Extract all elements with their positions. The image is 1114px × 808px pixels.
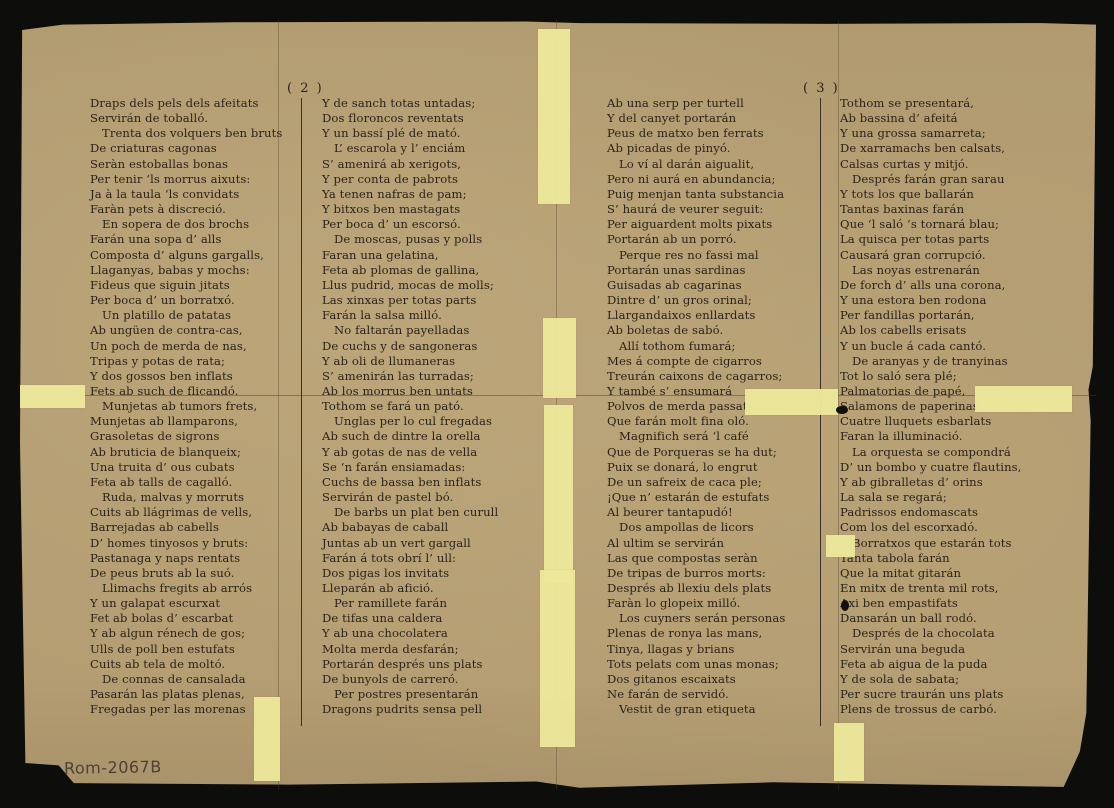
verse-line: Que la mitat gitarán	[840, 566, 1021, 581]
tape-strip	[834, 723, 864, 781]
verse-line: Ab los cabells erisats	[840, 323, 1021, 338]
verse-line: De forch d’ alls una corona,	[840, 278, 1021, 293]
verse-line: Ab bruticia de blanqueix;	[90, 445, 282, 460]
verse-line: Servirán de toballó.	[90, 111, 282, 126]
verse-line: Cuits ab llágrimas de vells,	[90, 505, 282, 520]
verse-line: Fideus que siguin jitats	[90, 278, 282, 293]
verse-line: Y ab oli de llumaneras	[322, 354, 498, 369]
verse-line: Se ‘n farán ensiamadas:	[322, 460, 498, 475]
verse-line: Las noyas estrenarán	[840, 263, 1021, 278]
tape-strip	[540, 570, 575, 747]
verse-line: Servirán de pastel bó.	[322, 490, 498, 505]
verse-line: Munjetas ab tumors frets,	[90, 399, 282, 414]
verse-line: Per fandillas portarán,	[840, 308, 1021, 323]
verse-line: Composta d’ alguns gargalls,	[90, 248, 282, 263]
verse-line: Un poch de merda de nas,	[90, 339, 282, 354]
verse-line: Faran la illuminació.	[840, 429, 1021, 444]
verse-line: Després de la chocolata	[840, 626, 1021, 641]
verse-line: Una truita d’ ous cubats	[90, 460, 282, 475]
verse-line: Vestit de gran etiqueta	[607, 702, 785, 717]
verse-line: Ya tenen nafras de pam;	[322, 187, 498, 202]
verse-line: Llargandaixos enllardats	[607, 308, 785, 323]
verse-line: Y un bucle á cada cantó.	[840, 339, 1021, 354]
verse-line: Feta ab plomas de gallina,	[322, 263, 498, 278]
verse-line: S’ amenirá ab xerigots,	[322, 157, 498, 172]
verse-line: Per boca d’ un escorsó.	[322, 217, 498, 232]
verse-line: Borratxos que estarán tots	[840, 536, 1021, 551]
ink-blot	[841, 600, 849, 611]
verse-line: Per ramillete farán	[322, 596, 498, 611]
verse-line: Tothom se fará un pató.	[322, 399, 498, 414]
verse-line: Portarán després uns plats	[322, 657, 498, 672]
verse-line: Faran una gelatina,	[322, 248, 498, 263]
verse-line: La quisca per totas parts	[840, 232, 1021, 247]
verse-line: Dintre d’ un gros orinal;	[607, 293, 785, 308]
verse-line: Faràn lo glopeix milló.	[607, 596, 785, 611]
verse-line: Ab ungüen de contra-cas,	[90, 323, 282, 338]
verse-line: Guisadas ab cagarinas	[607, 278, 785, 293]
verse-line: De bunyols de carreró.	[322, 672, 498, 687]
verse-line: De tifas una caldera	[322, 611, 498, 626]
verse-line: Draps dels pels dels afeitats	[90, 96, 282, 111]
verse-line: Feta ab aigua de la puda	[840, 657, 1021, 672]
verse-line: Causará gran corrupció.	[840, 248, 1021, 263]
verse-line: Ab babayas de caball	[322, 520, 498, 535]
verse-line: Y ab gotas de nas de vella	[322, 445, 498, 460]
verse-line: Fet ab bolas d’ escarbat	[90, 611, 282, 626]
verse-line: Tots pelats com unas monas;	[607, 657, 785, 672]
verse-line: Allí tothom fumará;	[607, 339, 785, 354]
verse-line: Unglas per lo cul fregadas	[322, 414, 498, 429]
verse-line: Padrissos endomascats	[840, 505, 1021, 520]
tape-strip	[826, 535, 855, 557]
verse-line: Ne farán de servidó.	[607, 687, 785, 702]
verse-line: Calsas curtas y mitjó.	[840, 157, 1021, 172]
verse-line: De connas de cansalada	[90, 672, 282, 687]
verse-line: Treurán caixons de cagarros;	[607, 369, 785, 384]
verse-line: Munjetas ab llamparons,	[90, 414, 282, 429]
verse-line: Trenta dos volquers ben bruts	[90, 126, 282, 141]
shelfmark-label: Rom-2067B	[64, 757, 162, 778]
verse-line: Pastanaga y naps rentats	[90, 551, 282, 566]
verse-line: Dos floroncos reventats	[322, 111, 498, 126]
verse-line: Portarán ab un porró.	[607, 232, 785, 247]
fold-line-right	[838, 20, 839, 790]
tape-strip	[254, 697, 280, 781]
verse-line: Per sucre traurán uns plats	[840, 687, 1021, 702]
verse-line: Dos ampollas de licors	[607, 520, 785, 535]
verse-line: En sopera de dos brochs	[90, 217, 282, 232]
verse-line: Ab picadas de pinyó.	[607, 141, 785, 156]
verse-line: Servirán una beguda	[840, 642, 1021, 657]
verse-line: No faltarán payelladas	[322, 323, 498, 338]
verse-line: Llimachs fregits ab arrós	[90, 581, 282, 596]
verse-line: Lleparán ab afició.	[322, 581, 498, 596]
verse-line: Y un bassí plé de mató.	[322, 126, 498, 141]
tape-strip	[544, 405, 573, 583]
verse-line: De aranyas y de tranyinas	[840, 354, 1021, 369]
verse-line: Ulls de poll ben estufats	[90, 642, 282, 657]
verse-line: Com los del escorxadó.	[840, 520, 1021, 535]
verse-line: Y un galapat escurxat	[90, 596, 282, 611]
verse-line: Y de sola de sabata;	[840, 672, 1021, 687]
verse-line: Ab boletas de sabó.	[607, 323, 785, 338]
verse-line: Ab bassina d’ afeitá	[840, 111, 1021, 126]
verse-line: Farán una sopa d’ alls	[90, 232, 282, 247]
verse-line: Tripas y potas de rata;	[90, 354, 282, 369]
page-number-right: ( 3 )	[803, 81, 840, 96]
verse-line: Tot lo saló sera plé;	[840, 369, 1021, 384]
verse-line: Ab una serp per turtell	[607, 96, 785, 111]
tape-strip	[745, 389, 838, 415]
verse-line: En mitx de trenta mil rots,	[840, 581, 1021, 596]
verse-line: Puig menjan tanta substancia	[607, 187, 785, 202]
verse-line: Tantas baxinas farán	[840, 202, 1021, 217]
verse-line: S’ haurá de veurer seguit:	[607, 202, 785, 217]
verse-line: De criaturas cagonas	[90, 141, 282, 156]
verse-line: Y ab algun rénech de gos;	[90, 626, 282, 641]
verse-line: De cuchs y de sangoneras	[322, 339, 498, 354]
verse-line: Tinya, llagas y brians	[607, 642, 785, 657]
ink-blot	[836, 406, 848, 414]
verse-line: D’ homes tinyosos y bruts:	[90, 536, 282, 551]
verse-line: Juntas ab un vert gargall	[322, 536, 498, 551]
verse-line: Y ab gibralletas d’ orins	[840, 475, 1021, 490]
verse-line: Després farán gran sarau	[840, 172, 1021, 187]
verse-line: Y una grossa samarreta;	[840, 126, 1021, 141]
verse-line: Per tenir ‘ls morrus aixuts:	[90, 172, 282, 187]
verse-line: La orquesta se compondrá	[840, 445, 1021, 460]
verse-line: ¡Que n’ estarán de estufats	[607, 490, 785, 505]
verse-line: Ruda, malvas y morruts	[90, 490, 282, 505]
verse-line: Portarán unas sardinas	[607, 263, 785, 278]
verse-line: Y bitxos ben mastagats	[322, 202, 498, 217]
verse-line: De barbs un plat ben curull	[322, 505, 498, 520]
tape-strip	[975, 386, 1072, 412]
verse-line: Llaganyas, babas y mochs:	[90, 263, 282, 278]
tape-strip	[538, 29, 570, 204]
verse-line: Tanta tabola farán	[840, 551, 1021, 566]
verse-line: D’ un bombo y cuatre flautins,	[840, 460, 1021, 475]
verse-line: Farán la salsa milló.	[322, 308, 498, 323]
verse-line: Los cuyners serán personas	[607, 611, 785, 626]
verse-line: Ab los morrus ben untats	[322, 384, 498, 399]
verse-line: Plens de trossus de carbó.	[840, 702, 1021, 717]
poem-column-page2-right: Y de sanch totas untadas;Dos floroncos r…	[322, 96, 498, 717]
verse-line: Per boca d’ un borratxó.	[90, 293, 282, 308]
verse-line: Cuatre lluquets esbarlats	[840, 414, 1021, 429]
verse-line: Feta ab talls de cagalló.	[90, 475, 282, 490]
verse-line: Y una estora ben rodona	[840, 293, 1021, 308]
verse-line: Per aiguardent molts pixats	[607, 217, 785, 232]
verse-line: L’ escarola y l’ enciám	[322, 141, 498, 156]
verse-line: De moscas, pusas y polls	[322, 232, 498, 247]
verse-line: Molta merda desfarán;	[322, 642, 498, 657]
verse-line: Faràn pets à discreció.	[90, 202, 282, 217]
column-rule-left	[301, 98, 302, 726]
verse-line: Tothom se presentará,	[840, 96, 1021, 111]
verse-line: Dragons pudrits sensa pell	[322, 702, 498, 717]
verse-line: Que farán molt fina oló.	[607, 414, 785, 429]
verse-line: De tripas de burros morts:	[607, 566, 785, 581]
verse-line: Fets ab such de flicandó.	[90, 384, 282, 399]
verse-line: Per postres presentarán	[322, 687, 498, 702]
verse-line: Lo ví al darán aigualit,	[607, 157, 785, 172]
verse-line: Al beurer tantapudó!	[607, 505, 785, 520]
tape-strip	[20, 385, 85, 408]
verse-line: Magnifich será ‘l café	[607, 429, 785, 444]
verse-line: Ja à la taula ‘ls convidats	[90, 187, 282, 202]
verse-line: La sala se regará;	[840, 490, 1021, 505]
verse-line: Pero ni aurá en abundancia;	[607, 172, 785, 187]
verse-line: De peus bruts ab la suó.	[90, 566, 282, 581]
verse-line: Y ab una chocolatera	[322, 626, 498, 641]
verse-line: Las que compostas seràn	[607, 551, 785, 566]
verse-line: Després ab llexiu dels plats	[607, 581, 785, 596]
verse-line: Ab such de dintre la orella	[322, 429, 498, 444]
verse-line: Mes á compte de cigarros	[607, 354, 785, 369]
verse-line: Las xinxas per totas parts	[322, 293, 498, 308]
verse-line: Cuits ab tela de moltó.	[90, 657, 282, 672]
verse-line: Que ‘l saló ‘s tornará blau;	[840, 217, 1021, 232]
verse-line: Y per conta de pabrots	[322, 172, 498, 187]
verse-line: Dos gitanos escaixats	[607, 672, 785, 687]
verse-line: Axi ben empastifats	[840, 596, 1021, 611]
verse-line: Al ultim se servirán	[607, 536, 785, 551]
verse-line: Grasoletas de sigrons	[90, 429, 282, 444]
verse-line: Perque res no fassi mal	[607, 248, 785, 263]
verse-line: Peus de matxo ben ferrats	[607, 126, 785, 141]
verse-line: Llus pudrid, mocas de molls;	[322, 278, 498, 293]
verse-line: Y de sanch totas untadas;	[322, 96, 498, 111]
verse-line: Y del canyet portarán	[607, 111, 785, 126]
verse-line: De xarramachs ben calsats,	[840, 141, 1021, 156]
verse-line: Barrejadas ab cabells	[90, 520, 282, 535]
verse-line: Y tots los que ballarán	[840, 187, 1021, 202]
verse-line: S’ amenirán las turradas;	[322, 369, 498, 384]
verse-line: Plenas de ronya las mans,	[607, 626, 785, 641]
page-number-left: ( 2 )	[287, 81, 324, 96]
verse-line: Un platillo de patatas	[90, 308, 282, 323]
verse-line: Dos pigas los invitats	[322, 566, 498, 581]
verse-line: Puix se donará, lo engrut	[607, 460, 785, 475]
tape-strip	[543, 318, 576, 398]
verse-line: Que de Porqueras se ha dut;	[607, 445, 785, 460]
poem-column-page2-left: Draps dels pels dels afeitatsServirán de…	[90, 96, 282, 717]
verse-line: Dansarán un ball rodó.	[840, 611, 1021, 626]
verse-line: De un safreix de caca ple;	[607, 475, 785, 490]
verse-line: Seràn estoballas bonas	[90, 157, 282, 172]
verse-line: Y dos gossos ben inflats	[90, 369, 282, 384]
verse-line: Cuchs de bassa ben inflats	[322, 475, 498, 490]
verse-line: Farán á tots obrí l’ ull:	[322, 551, 498, 566]
